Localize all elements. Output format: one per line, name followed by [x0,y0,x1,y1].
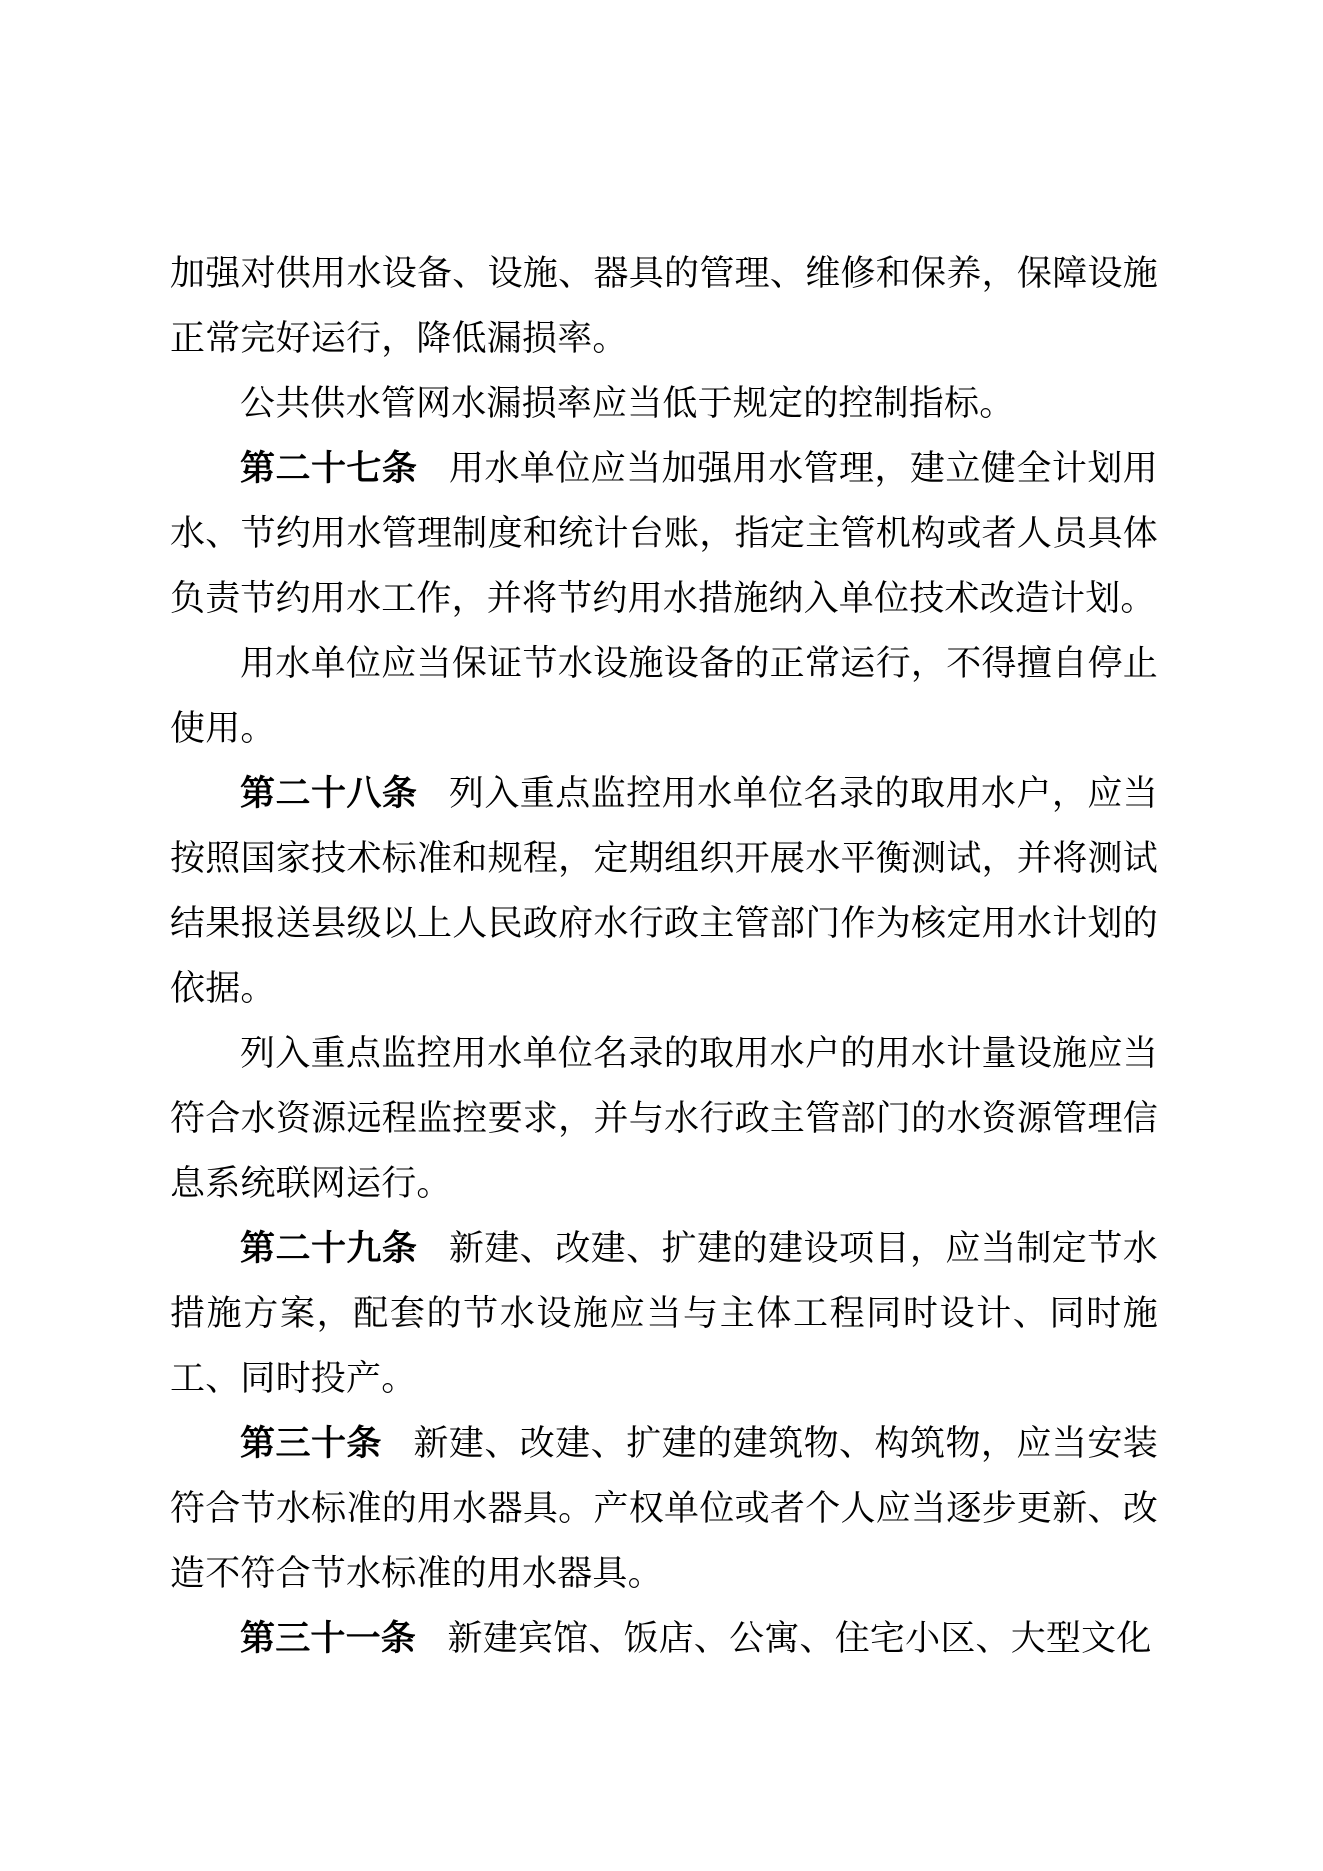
para-text: 公共供水管网水漏损率应当低于规定的控制指标。 [240,384,1014,423]
para-leakage-indicator: 公共供水管网水漏损率应当低于规定的控制指标。 [170,371,1158,436]
article-29-head: 第二十九条 [240,1229,417,1268]
para-text: 用水单位应当保证节水设施设备的正常运行，不得擅自停止使用。 [170,644,1158,748]
para-text: 列入重点监控用水单位名录的取用水户的用水计量设施应当符合水资源远程监控要求，并与… [170,1034,1158,1203]
para-article-28: 第二十八条列入重点监控用水单位名录的取用水户，应当按照国家技术标准和规程，定期组… [170,761,1158,1021]
article-31-head: 第三十一条 [240,1619,416,1658]
para-article-30: 第三十条新建、改建、扩建的建筑物、构筑物，应当安装符合节水标准的用水器具。产权单… [170,1411,1158,1606]
para-text: 新建宾馆、饭店、公寓、住宅小区、大型文化 [448,1619,1152,1658]
para-article-29: 第二十九条新建、改建、扩建的建设项目，应当制定节水措施方案，配套的节水设施应当与… [170,1216,1158,1411]
para-article-28-sub: 列入重点监控用水单位名录的取用水户的用水计量设施应当符合水资源远程监控要求，并与… [170,1021,1158,1216]
article-28-head: 第二十八条 [240,774,417,813]
para-text: 加强对供用水设备、设施、器具的管理、维修和保养，保障设施正常完好运行，降低漏损率… [170,254,1158,358]
para-article-27: 第二十七条用水单位应当加强用水管理，建立健全计划用水、节约用水管理制度和统计台账… [170,436,1158,631]
document-body-text: 加强对供用水设备、设施、器具的管理、维修和保养，保障设施正常完好运行，降低漏损率… [170,241,1158,1671]
document-page: 加强对供用水设备、设施、器具的管理、维修和保养，保障设施正常完好运行，降低漏损率… [0,0,1323,1871]
para-continuation: 加强对供用水设备、设施、器具的管理、维修和保养，保障设施正常完好运行，降低漏损率… [170,241,1158,371]
para-article-27-sub: 用水单位应当保证节水设施设备的正常运行，不得擅自停止使用。 [170,631,1158,761]
article-30-head: 第三十条 [240,1424,382,1463]
para-article-31: 第三十一条新建宾馆、饭店、公寓、住宅小区、大型文化 [170,1606,1158,1671]
article-27-head: 第二十七条 [240,449,417,488]
